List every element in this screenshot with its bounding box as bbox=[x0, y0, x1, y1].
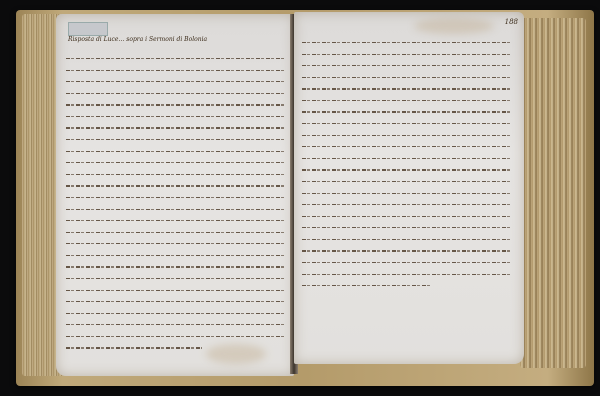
water-stain bbox=[414, 18, 494, 34]
right-page: 188 bbox=[294, 12, 524, 364]
right-page-edges bbox=[520, 18, 586, 368]
left-page-heading: Risposta di Luce… sopra i Sermoni di Bol… bbox=[68, 36, 207, 43]
right-page-handwriting bbox=[302, 42, 512, 297]
left-page: Risposta di Luce… sopra i Sermoni di Bol… bbox=[56, 14, 294, 376]
page-tab-label bbox=[68, 22, 108, 36]
left-page-handwriting bbox=[66, 58, 286, 359]
open-manuscript-book: Risposta di Luce… sopra i Sermoni di Bol… bbox=[8, 8, 594, 388]
folio-number: 188 bbox=[505, 18, 518, 26]
water-stain bbox=[206, 344, 266, 364]
